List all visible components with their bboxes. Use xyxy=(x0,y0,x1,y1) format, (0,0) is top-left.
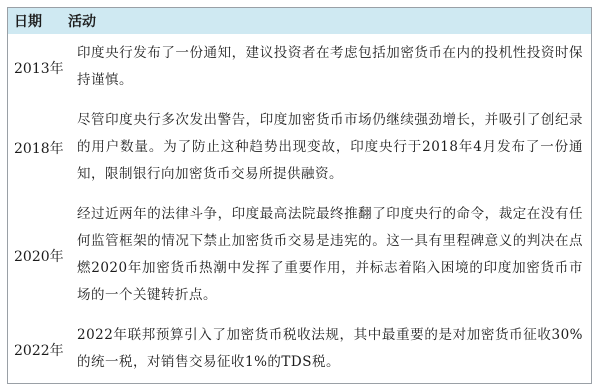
table-row: 2018年 尽管印度央行多次发出警告，印度加密货币市场仍继续强劲增长，并吸引了创… xyxy=(8,101,591,195)
activity-cell: 印度央行发布了一份通知，建议投资者在考虑包括加密货币在内的投机性投资时保持谨慎。 xyxy=(68,34,591,101)
date-column-header: 日期 xyxy=(8,11,68,31)
table-row: 2022年 2022年联邦预算引入了加密货币税收法规，其中最重要的是对加密货币征… xyxy=(8,316,591,383)
activity-column-header: 活动 xyxy=(68,11,591,31)
activity-cell: 尽管印度央行多次发出警告，印度加密货币市场仍继续强劲增长，并吸引了创纪录的用户数… xyxy=(68,101,591,195)
activity-cell: 经过近两年的法律斗争，印度最高法院最终推翻了印度央行的命令，裁定在没有任何监管框… xyxy=(68,195,591,316)
date-cell: 2018年 xyxy=(8,101,68,195)
date-cell: 2020年 xyxy=(8,195,68,316)
date-cell: 2013年 xyxy=(8,34,68,101)
activity-cell: 2022年联邦预算引入了加密货币税收法规，其中最重要的是对加密货币征收30%的统… xyxy=(68,316,591,383)
crypto-regulation-timeline-table: 日期 活动 2013年 印度央行发布了一份通知，建议投资者在考虑包括加密货币在内… xyxy=(7,7,592,384)
date-cell: 2022年 xyxy=(8,316,68,383)
table-row: 2020年 经过近两年的法律斗争，印度最高法院最终推翻了印度央行的命令，裁定在没… xyxy=(8,195,591,316)
table-row: 2013年 印度央行发布了一份通知，建议投资者在考虑包括加密货币在内的投机性投资… xyxy=(8,34,591,101)
table-header-row: 日期 活动 xyxy=(8,8,591,34)
